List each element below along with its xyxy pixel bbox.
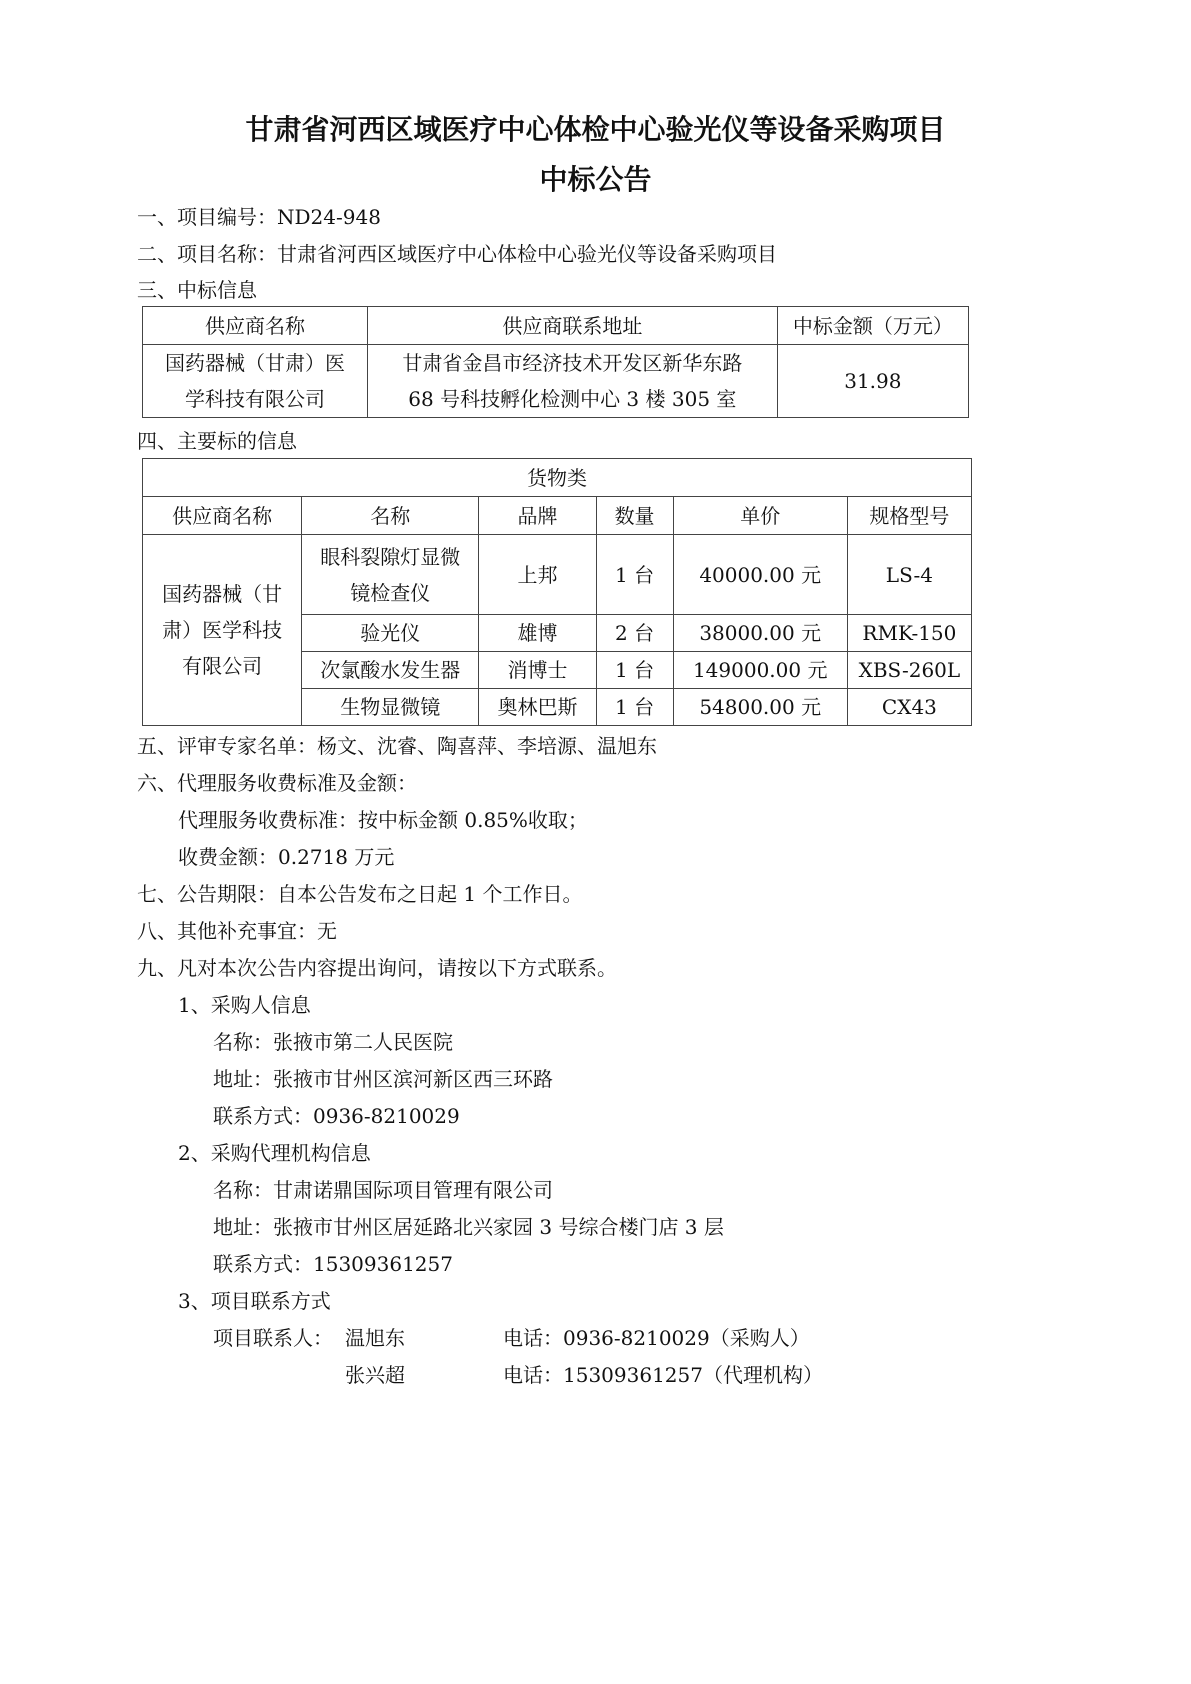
goods-price: 40000.00 元 (673, 535, 847, 615)
award-table: 供应商名称 供应商联系地址 中标金额（万元） 国药器械（甘肃）医 学科技有限公司… (142, 306, 969, 418)
goods-name: 次氯酸水发生器 (302, 652, 479, 689)
subject-info-heading: 四、主要标的信息 (137, 428, 297, 454)
goods-name-line1: 眼科裂隙灯显微 (306, 539, 474, 575)
agency-heading: 2、采购代理机构信息 (178, 1140, 371, 1166)
project-number: 一、项目编号：ND24-948 (137, 204, 381, 230)
award-header-amount: 中标金额（万元） (777, 307, 968, 345)
goods-name-line2: 镜检查仪 (306, 575, 474, 611)
goods-header-supplier: 供应商名称 (143, 497, 302, 535)
goods-model: RMK-150 (847, 615, 971, 652)
purchaser-address: 地址：张掖市甘州区滨河新区西三环路 (213, 1066, 553, 1092)
purchaser-phone: 联系方式：0936-8210029 (213, 1103, 460, 1129)
agency-name: 名称：甘肃诺鼎国际项目管理有限公司 (213, 1177, 553, 1203)
goods-qty: 2 台 (596, 615, 673, 652)
goods-name: 眼科裂隙灯显微 镜检查仪 (302, 535, 479, 615)
goods-supplier-cell: 国药器械（甘 肃）医学科技 有限公司 (143, 535, 302, 726)
agency-fee-standard: 代理服务收费标准：按中标金额 0.85%收取； (178, 807, 588, 833)
goods-price: 54800.00 元 (673, 689, 847, 726)
award-address-line2: 68 号科技孵化检测中心 3 楼 305 室 (372, 381, 773, 417)
purchaser-name: 名称：张掖市第二人民医院 (213, 1029, 453, 1055)
expert-list: 五、评审专家名单：杨文、沈睿、陶喜萍、李培源、温旭东 (137, 733, 657, 759)
table-row: 国药器械（甘 肃）医学科技 有限公司 眼科裂隙灯显微 镜检查仪 上邦 1 台 4… (143, 535, 972, 615)
contact-intro: 九、凡对本次公告内容提出询问，请按以下方式联系。 (137, 955, 617, 981)
goods-brand: 奥林巴斯 (479, 689, 596, 726)
goods-price: 149000.00 元 (673, 652, 847, 689)
goods-supplier-line1: 国药器械（甘 (147, 576, 297, 612)
project-contact-phone1: 电话：0936-8210029（采购人） (503, 1325, 810, 1351)
goods-header-brand: 品牌 (479, 497, 596, 535)
award-address-cell: 甘肃省金昌市经济技术开发区新华东路 68 号科技孵化检测中心 3 楼 305 室 (367, 345, 777, 418)
agency-phone: 联系方式：15309361257 (213, 1251, 453, 1277)
project-contact-person1: 温旭东 (345, 1325, 405, 1351)
goods-supplier-line2: 肃）医学科技 (147, 612, 297, 648)
agency-address: 地址：张掖市甘州区居延路北兴家园 3 号综合楼门店 3 层 (213, 1214, 724, 1240)
goods-supplier-line3: 有限公司 (147, 648, 297, 684)
other-matters: 八、其他补充事宜：无 (137, 918, 337, 944)
agency-fee-amount: 收费金额：0.2718 万元 (178, 844, 394, 870)
award-header-supplier: 供应商名称 (143, 307, 368, 345)
goods-header-model: 规格型号 (847, 497, 971, 535)
project-contact-heading: 3、项目联系方式 (178, 1288, 331, 1314)
goods-brand: 雄博 (479, 615, 596, 652)
project-contact-phone2: 电话：15309361257（代理机构） (503, 1362, 823, 1388)
goods-model: CX43 (847, 689, 971, 726)
goods-model: XBS-260L (847, 652, 971, 689)
goods-header-price: 单价 (673, 497, 847, 535)
goods-header-name: 名称 (302, 497, 479, 535)
goods-brand: 上邦 (479, 535, 596, 615)
notice-period: 七、公告期限：自本公告发布之日起 1 个工作日。 (137, 881, 582, 907)
award-info-heading: 三、中标信息 (137, 277, 257, 303)
goods-qty: 1 台 (596, 689, 673, 726)
goods-header-qty: 数量 (596, 497, 673, 535)
goods-category: 货物类 (143, 459, 972, 497)
goods-qty: 1 台 (596, 652, 673, 689)
award-address-line1: 甘肃省金昌市经济技术开发区新华东路 (372, 345, 773, 381)
goods-brand: 消博士 (479, 652, 596, 689)
goods-name: 生物显微镜 (302, 689, 479, 726)
purchaser-heading: 1、采购人信息 (178, 992, 311, 1018)
goods-price: 38000.00 元 (673, 615, 847, 652)
goods-qty: 1 台 (596, 535, 673, 615)
document-title: 甘肃省河西区域医疗中心体检中心验光仪等设备采购项目 (0, 108, 1191, 148)
award-supplier-line1: 国药器械（甘肃）医 (147, 345, 363, 381)
goods-model: LS-4 (847, 535, 971, 615)
award-amount: 31.98 (777, 345, 968, 418)
award-supplier-line2: 学科技有限公司 (147, 381, 363, 417)
project-contact-person2: 张兴超 (345, 1362, 405, 1388)
goods-table: 货物类 供应商名称 名称 品牌 数量 单价 规格型号 国药器械（甘 肃）医学科技… (142, 458, 972, 726)
project-contact-label: 项目联系人： (213, 1325, 333, 1351)
agency-fee-heading: 六、代理服务收费标准及金额： (137, 770, 417, 796)
project-name: 二、项目名称：甘肃省河西区域医疗中心体检中心验光仪等设备采购项目 (137, 241, 777, 267)
award-supplier-cell: 国药器械（甘肃）医 学科技有限公司 (143, 345, 368, 418)
goods-name: 验光仪 (302, 615, 479, 652)
award-header-address: 供应商联系地址 (367, 307, 777, 345)
document-subtitle: 中标公告 (0, 158, 1191, 198)
